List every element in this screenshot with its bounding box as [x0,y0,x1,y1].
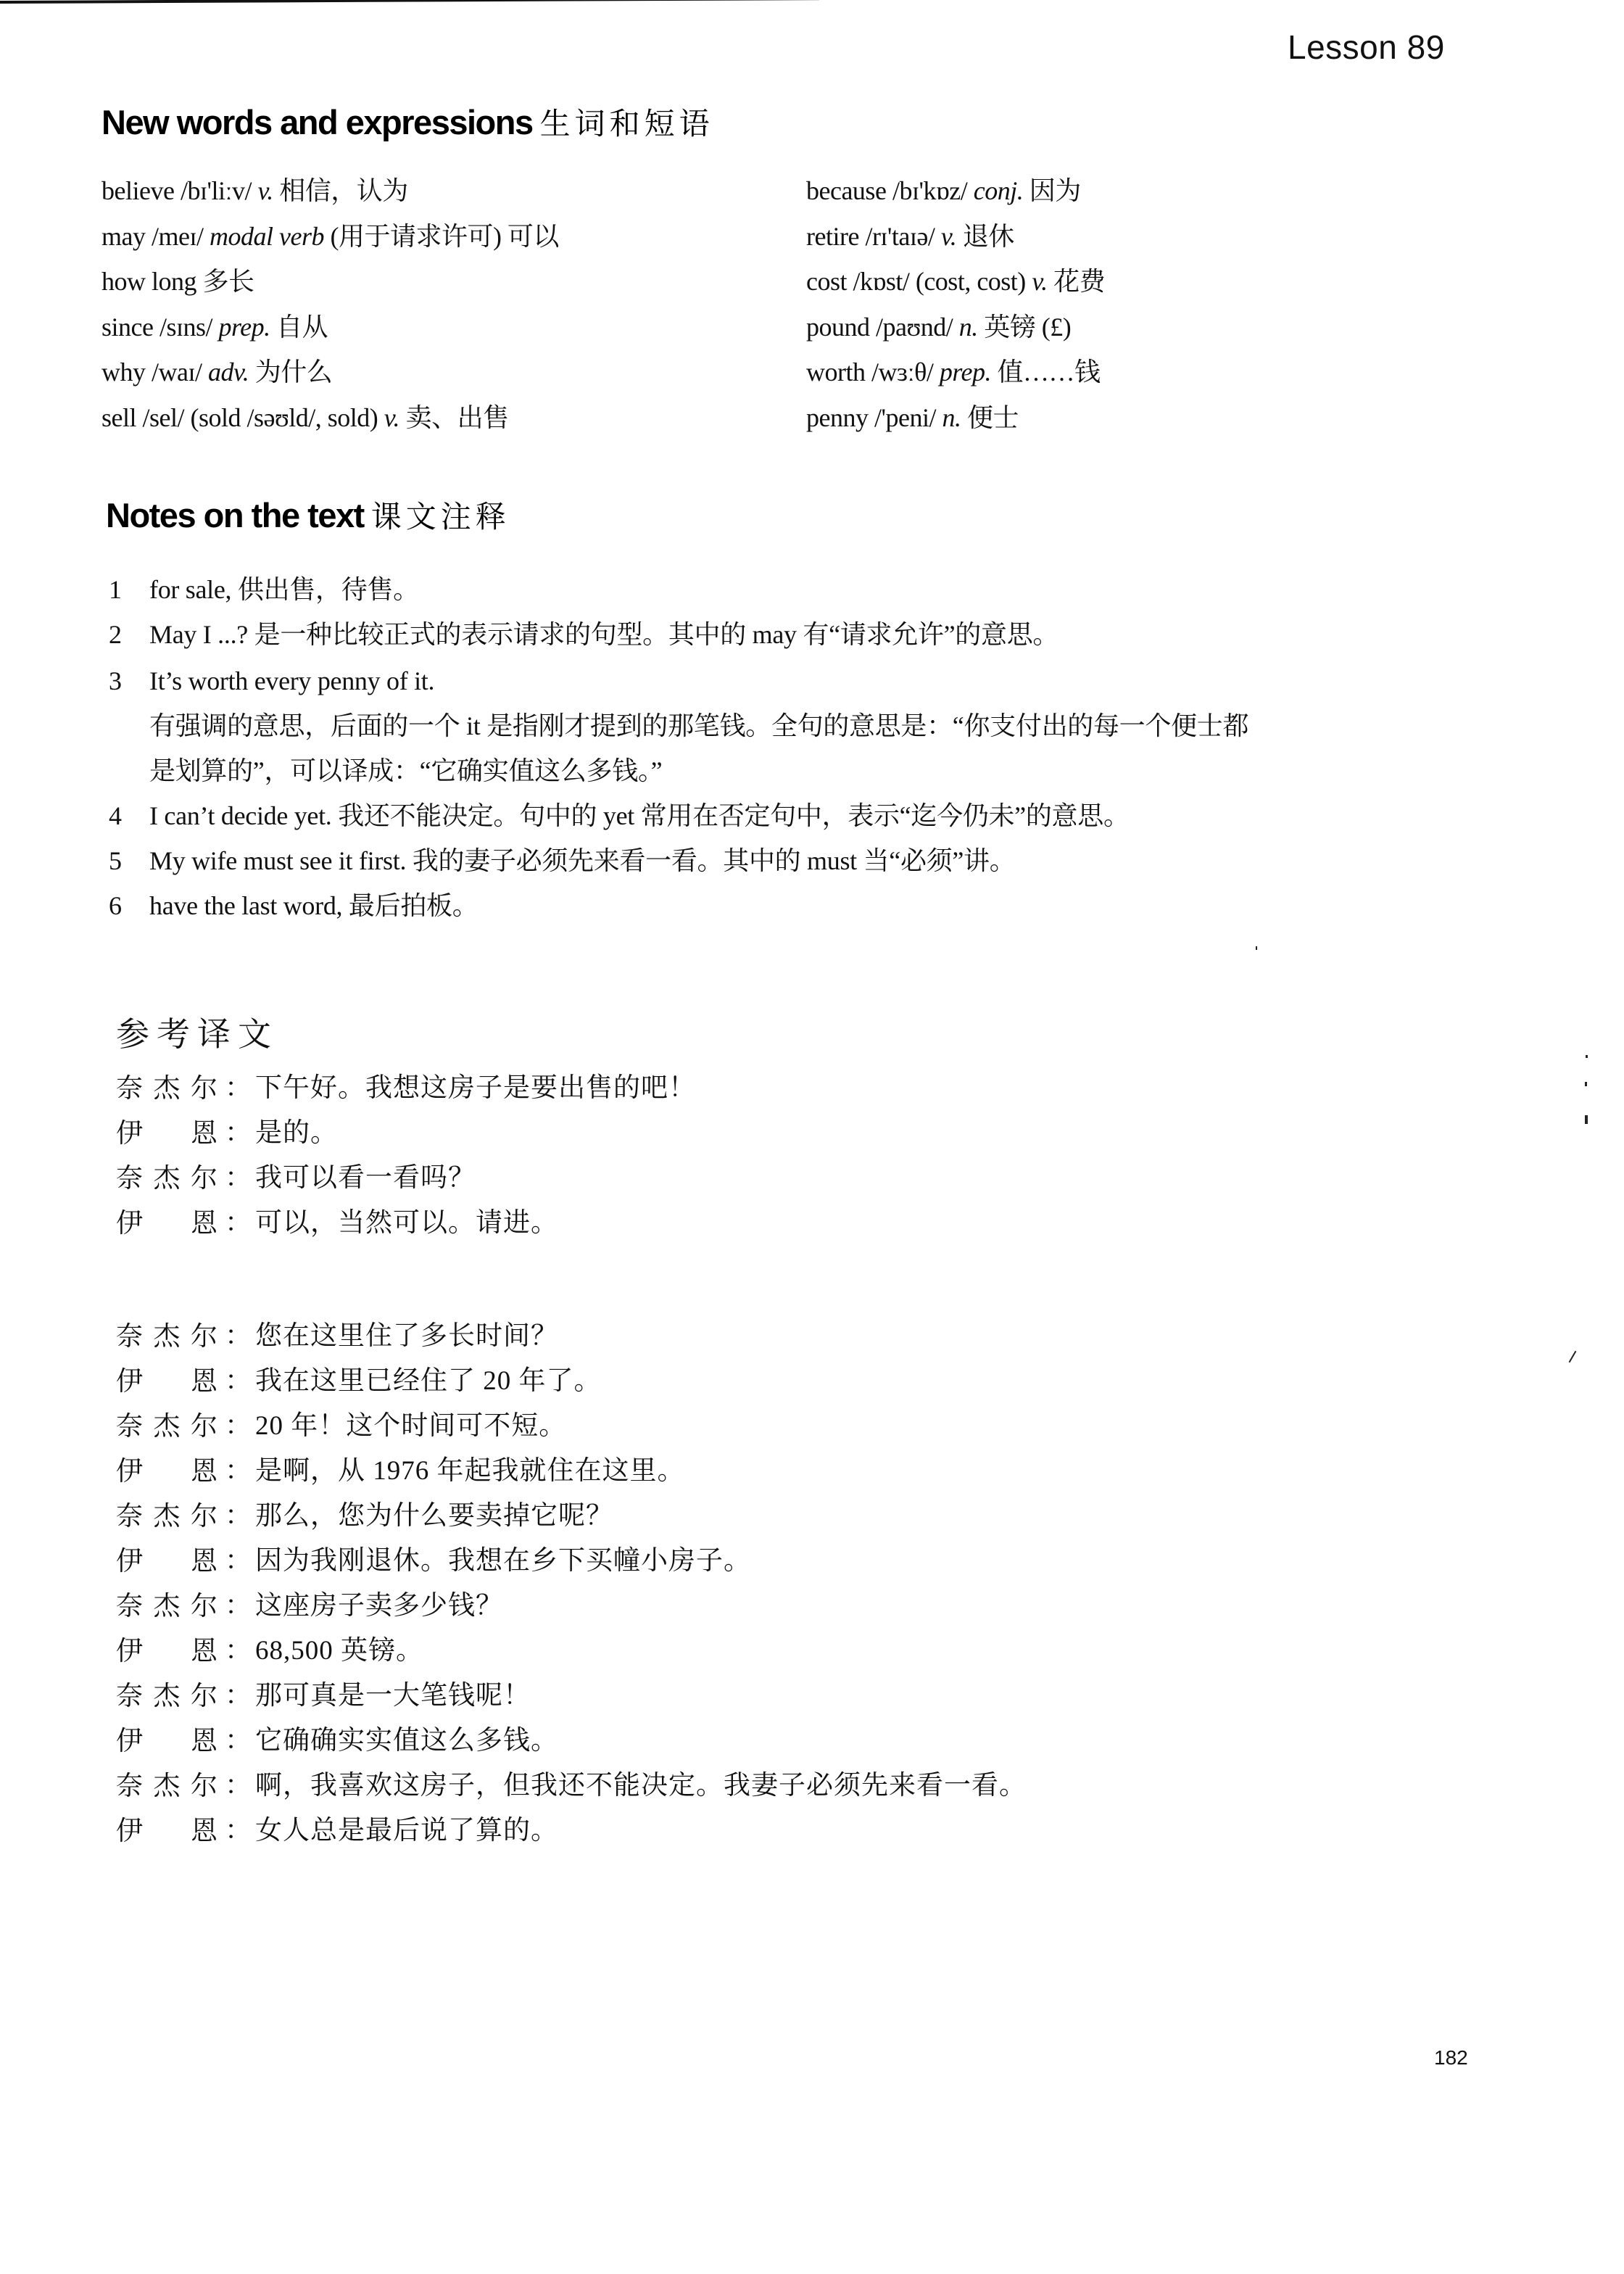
vocab-entry: since /sɪns/ prep. 自从 [101,305,559,350]
note-item: 1for sale, 供出售，待售。 [109,567,1486,612]
note-item: 4I can’t decide yet. 我还不能决定。句中的 yet 常用在否… [109,793,1486,838]
vocab-word: how long [101,267,196,296]
vocab-word: because [806,176,886,205]
dialogue-text: 因为我刚退休。我想在乡下买幢小房子。 [255,1539,751,1584]
speaker-char: 奈 [116,1404,143,1449]
lesson-label: Lesson 89 [1288,28,1445,67]
speaker-char: 尔 [191,1404,217,1449]
note-item: 5My wife must see it first. 我的妻子必须先来看一看。… [109,838,1486,883]
dialogue-text: 啊，我喜欢这房子，但我还不能决定。我妻子必须先来看一看。 [255,1764,1027,1808]
speaker-char: 恩 [191,1449,217,1494]
speaker-colon: ： [225,1156,252,1201]
speaker-colon: ： [225,1539,252,1584]
speaker-char: 杰 [154,1066,181,1111]
speaker-colon: ： [225,1111,252,1156]
speaker-char: 尔 [191,1494,217,1539]
note-text: I can’t decide yet. 我还不能决定。句中的 yet 常用在否定… [149,793,1486,838]
speaker-name: 伊恩 [116,1808,217,1853]
speaker-char: 奈 [116,1156,143,1201]
speaker-char: 奈 [116,1314,143,1359]
dialogue-line: 伊恩：是啊，从 1976 年起我就住在这里。 [116,1449,1493,1494]
speaker-char: 尔 [191,1674,217,1719]
note-item: 6have the last word, 最后拍板。 [109,883,1486,928]
vocab-entry: believe /bɪ'liːv/ v. 相信，认为 [101,168,559,214]
speaker-char: 杰 [154,1314,181,1359]
speaker-char: 奈 [116,1764,143,1808]
speaker-char: 恩 [191,1201,217,1246]
vocab-meaning: 值……钱 [998,357,1101,386]
dialogue-line: 奈杰尔：那可真是一大笔钱呢！ [116,1674,1493,1719]
dialogue-text: 这座房子卖多少钱？ [255,1584,503,1629]
vocab-word: cost [806,267,847,296]
speaker-char: 尔 [191,1066,217,1111]
vocab-part-of-speech: v. [1032,267,1047,296]
speaker-char: 杰 [154,1156,181,1201]
speaker-char: 杰 [154,1584,181,1629]
vocab-entry: penny /'peni/ n. 便士 [806,395,1105,441]
note-number: 6 [109,883,138,928]
speaker-colon: ： [225,1629,252,1674]
speaker-name: 奈杰尔 [116,1674,217,1719]
vocab-meaning: 自从 [276,313,328,342]
vocab-word: pound [806,313,870,342]
dialogue-line: 奈杰尔：20 年！这个时间可不短。 [116,1404,1493,1449]
speaker-name: 奈杰尔 [116,1314,217,1359]
speaker-colon: ： [225,1808,252,1853]
scan-artifact [1586,1055,1588,1058]
new-words-heading-zh: 生词和短语 [540,106,714,141]
speaker-char: 恩 [191,1111,217,1156]
note-text: My wife must see it first. 我的妻子必须先来看一看。其… [149,838,1486,883]
speaker-name: 伊恩 [116,1719,217,1764]
vocab-meaning: 卖、出售 [406,403,509,432]
vocab-part-of-speech: adv. [208,357,249,386]
vocab-phonetic: /waɪ/ [152,357,202,386]
vocab-entry: may /meɪ/ modal verb (用于请求许可) 可以 [101,214,559,260]
vocab-part-of-speech: n. [942,403,961,432]
notes-list: 1for sale, 供出售，待售。2May I ...? 是一种比较正式的表示… [109,567,1486,928]
speaker-char: 杰 [154,1404,181,1449]
note-item: 2May I ...? 是一种比较正式的表示请求的句型。其中的 may 有“请求… [109,612,1486,657]
translation-heading: 参考译文 [116,1008,278,1056]
speaker-colon: ： [225,1359,252,1404]
speaker-colon: ： [225,1201,252,1246]
speaker-char: 伊 [116,1201,143,1246]
speaker-char: 伊 [116,1808,143,1853]
vocab-meaning: 英镑 (£) [984,313,1071,342]
vocab-phonetic: /sel/ (sold /səʊld/, sold) [143,403,378,432]
speaker-name: 奈杰尔 [116,1404,217,1449]
note-text: It’s worth every penny of it. [149,658,1486,703]
speaker-name: 伊恩 [116,1359,217,1404]
speaker-name: 奈杰尔 [116,1764,217,1808]
speaker-name: 奈杰尔 [116,1156,217,1201]
vocab-entry: pound /paʊnd/ n. 英镑 (£) [806,305,1105,350]
speaker-char: 伊 [116,1629,143,1674]
vocab-meaning: 相信，认为 [279,176,408,205]
notes-heading-en: Notes on the text [106,496,364,534]
dialogue-line: 伊恩：可以，当然可以。请进。 [116,1201,1493,1246]
dialogue-line: 奈杰尔：我可以看一看吗？ [116,1156,1493,1201]
speaker-colon: ： [225,1404,252,1449]
scan-artifact [1569,1351,1577,1363]
speaker-char: 奈 [116,1584,143,1629]
vocab-entry: sell /sel/ (sold /səʊld/, sold) v. 卖、出售 [101,395,559,441]
dialogue-line: 奈杰尔：那么，您为什么要卖掉它呢？ [116,1494,1493,1539]
vocab-phonetic: /bɪ'kɒz/ [892,176,967,205]
vocab-entry: worth /wɜːθ/ prep. 值……钱 [806,350,1105,395]
speaker-char: 杰 [154,1674,181,1719]
vocab-phonetic: /'peni/ [874,403,936,432]
dialogue-text: 您在这里住了多长时间？ [255,1314,558,1359]
speaker-colon: ： [225,1449,252,1494]
speaker-char: 伊 [116,1449,143,1494]
vocab-meaning: 为什么 [255,357,333,386]
note-number: 3 [109,658,138,703]
vocab-word: may [101,222,145,251]
vocab-word: penny [806,403,868,432]
scan-artifact [1585,1082,1587,1086]
note-continuation: 是划算的”，可以译成：“它确实值这么多钱。” [149,748,1486,793]
speaker-char: 尔 [191,1314,217,1359]
speaker-char: 尔 [191,1156,217,1201]
note-text: May I ...? 是一种比较正式的表示请求的句型。其中的 may 有“请求允… [149,612,1486,657]
notes-heading-zh: 课文注释 [371,499,510,534]
speaker-char: 奈 [116,1066,143,1111]
dialogue-line: 伊恩：我在这里已经住了 20 年了。 [116,1359,1493,1404]
speaker-colon: ： [225,1674,252,1719]
speaker-name: 伊恩 [116,1629,217,1674]
speaker-char: 奈 [116,1674,143,1719]
vocab-part-of-speech: n. [959,313,978,342]
dialogue-text: 那么，您为什么要卖掉它呢？ [255,1494,613,1539]
speaker-colon: ： [225,1314,252,1359]
note-item: 3It’s worth every penny of it.有强调的意思，后面的… [109,658,1486,793]
vocab-meaning: 退休 [963,222,1014,251]
vocab-phonetic: /kɒst/ (cost, cost) [853,267,1026,296]
vocab-entry: how long 多长 [101,259,559,305]
speaker-char: 杰 [154,1494,181,1539]
note-text: for sale, 供出售，待售。 [149,567,1486,612]
speaker-name: 伊恩 [116,1449,217,1494]
vocab-word: worth [806,357,866,386]
speaker-char: 恩 [191,1629,217,1674]
speaker-name: 伊恩 [116,1539,217,1584]
dialogue-line: 奈杰尔：下午好。我想这房子是要出售的吧！ [116,1066,1493,1111]
vocab-part-of-speech: modal verb [210,222,324,251]
vocab-phonetic: /bɪ'liːv/ [181,176,252,205]
dialogue-text: 我在这里已经住了 20 年了。 [255,1359,602,1404]
speaker-colon: ： [225,1719,252,1764]
vocab-part-of-speech: v. [941,222,956,251]
vocab-entry: cost /kɒst/ (cost, cost) v. 花费 [806,259,1105,305]
speaker-char: 伊 [116,1359,143,1404]
dialogue-line: 奈杰尔：啊，我喜欢这房子，但我还不能决定。我妻子必须先来看一看。 [116,1764,1493,1808]
vocab-phonetic: /paʊnd/ [876,313,953,342]
note-number: 1 [109,567,138,612]
new-words-heading: New words and expressions生词和短语 [101,100,714,144]
dialogue-line: 伊恩：女人总是最后说了算的。 [116,1808,1493,1853]
speaker-char: 恩 [191,1808,217,1853]
vocab-part-of-speech: v. [384,403,399,432]
speaker-char: 尔 [191,1764,217,1808]
dialogue-text: 是的。 [255,1111,338,1156]
speaker-char: 恩 [191,1719,217,1764]
speaker-char: 伊 [116,1539,143,1584]
dialogue-text: 20 年！这个时间可不短。 [255,1404,566,1449]
top-rule [0,0,819,4]
dialogue-text: 它确确实实值这么多钱。 [255,1719,558,1764]
vocabulary-right-column: because /bɪ'kɒz/ conj. 因为retire /rɪ'taɪə… [806,168,1105,440]
speaker-colon: ： [225,1764,252,1808]
scan-artifact [1256,946,1257,950]
vocab-phonetic: /rɪ'taɪə/ [865,222,935,251]
note-text: have the last word, 最后拍板。 [149,883,1486,928]
dialogue-text: 是啊，从 1976 年起我就住在这里。 [255,1449,685,1494]
speaker-name: 奈杰尔 [116,1494,217,1539]
vocab-word: why [101,357,146,386]
vocab-meaning: 因为 [1029,176,1081,205]
vocab-word: believe [101,176,174,205]
vocab-meaning: 便士 [967,403,1019,432]
vocab-meaning: 花费 [1053,267,1105,296]
dialogue-line: 奈杰尔：这座房子卖多少钱？ [116,1584,1493,1629]
speaker-colon: ： [225,1584,252,1629]
speaker-char: 尔 [191,1584,217,1629]
dialogue-text: 女人总是最后说了算的。 [255,1808,558,1853]
speaker-colon: ： [225,1494,252,1539]
dialogue-line: 伊恩：68,500 英镑。 [116,1629,1493,1674]
vocab-part-of-speech: prep. [940,357,991,386]
speaker-char: 恩 [191,1539,217,1584]
speaker-name: 奈杰尔 [116,1066,217,1111]
speaker-char: 伊 [116,1111,143,1156]
dialogue-line: 奈杰尔：您在这里住了多长时间？ [116,1314,1493,1359]
vocabulary-left-column: believe /bɪ'liːv/ v. 相信，认为may /meɪ/ moda… [101,168,559,440]
speaker-char: 恩 [191,1359,217,1404]
note-number: 4 [109,793,138,838]
speaker-name: 伊恩 [116,1201,217,1246]
speaker-colon: ： [225,1066,252,1111]
vocab-entry: why /waɪ/ adv. 为什么 [101,350,559,395]
dialogue-part-1: 奈杰尔：下午好。我想这房子是要出售的吧！伊恩：是的。奈杰尔：我可以看一看吗？伊恩… [116,1066,1493,1246]
vocab-word: since [101,313,153,342]
speaker-char: 伊 [116,1719,143,1764]
scan-artifact [1585,1115,1588,1124]
dialogue-line: 伊恩：是的。 [116,1111,1493,1156]
vocab-phonetic: /wɜːθ/ [871,357,933,386]
speaker-char: 奈 [116,1494,143,1539]
vocab-word: sell [101,403,136,432]
vocab-phonetic: /meɪ/ [152,222,204,251]
dialogue-line: 伊恩：它确确实实值这么多钱。 [116,1719,1493,1764]
speaker-name: 伊恩 [116,1111,217,1156]
new-words-heading-en: New words and expressions [101,103,533,141]
dialogue-text: 那可真是一大笔钱呢！ [255,1674,531,1719]
vocab-meaning: 多长 [203,267,254,296]
vocab-part-of-speech: v. [257,176,273,205]
note-continuation: 有强调的意思，后面的一个 it 是指刚才提到的那笔钱。全句的意思是：“你支付出的… [149,703,1486,748]
vocab-part-of-speech: prep. [219,313,270,342]
vocab-entry: retire /rɪ'taɪə/ v. 退休 [806,214,1105,260]
vocab-meaning: (用于请求许可) 可以 [330,222,558,251]
dialogue-text: 我可以看一看吗？ [255,1156,476,1201]
dialogue-text: 下午好。我想这房子是要出售的吧！ [255,1066,696,1111]
note-number: 2 [109,612,138,657]
vocab-entry: because /bɪ'kɒz/ conj. 因为 [806,168,1105,214]
page-number: 182 [1434,2046,1468,2070]
speaker-char: 杰 [154,1764,181,1808]
notes-heading: Notes on the text课文注释 [106,493,510,537]
vocab-phonetic: /sɪns/ [159,313,212,342]
speaker-name: 奈杰尔 [116,1584,217,1629]
dialogue-part-2: 奈杰尔：您在这里住了多长时间？伊恩：我在这里已经住了 20 年了。奈杰尔：20 … [116,1314,1493,1853]
dialogue-line: 伊恩：因为我刚退休。我想在乡下买幢小房子。 [116,1539,1493,1584]
vocab-part-of-speech: conj. [974,176,1023,205]
vocab-word: retire [806,222,859,251]
note-number: 5 [109,838,138,883]
dialogue-text: 可以，当然可以。请进。 [255,1201,558,1246]
dialogue-text: 68,500 英镑。 [255,1629,423,1674]
